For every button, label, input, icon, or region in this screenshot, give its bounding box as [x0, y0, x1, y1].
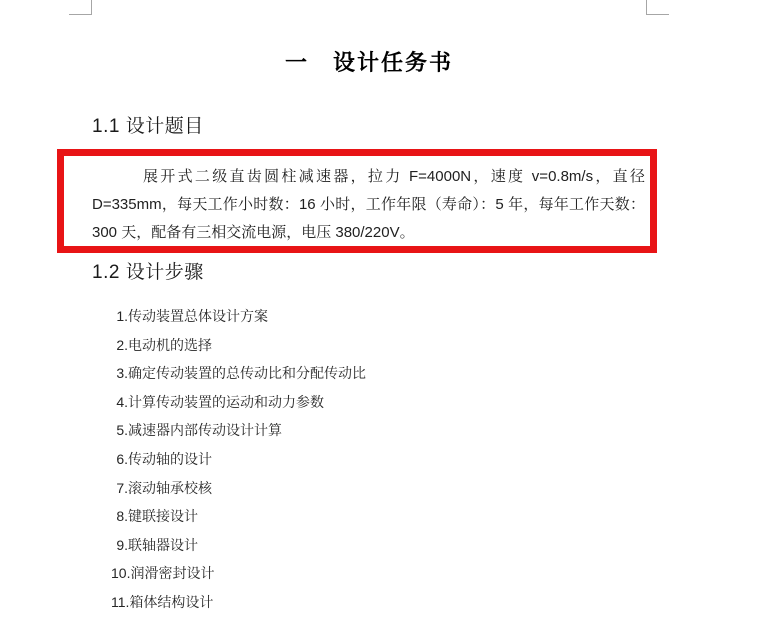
step-text: 联轴器设计 [128, 537, 198, 553]
step-item-6: 6.传动轴的设计 [111, 445, 611, 474]
margin-corner-mark-top-left [69, 0, 92, 15]
step-text: 减速器内部传动设计计算 [128, 422, 282, 438]
step-text: 计算传动装置的运动和动力参数 [128, 394, 324, 410]
step-item-7: 7.滚动轴承校核 [111, 474, 611, 503]
design-topic-paragraph: 展开式二级直齿圆柱减速器，拉力 F=4000N，速度 v=0.8m/s，直径 D… [92, 163, 645, 247]
step-item-5: 5.减速器内部传动设计计算 [111, 416, 611, 445]
step-text: 滚动轴承校核 [128, 480, 212, 496]
step-number: 10. [111, 559, 130, 588]
step-text: 电动机的选择 [128, 337, 212, 353]
step-text: 传动轴的设计 [128, 451, 212, 467]
step-item-9: 9.联轴器设计 [111, 531, 611, 560]
section-heading-design-topic: 1.1 设计题目 [92, 111, 204, 138]
step-number: 8. [111, 502, 128, 531]
step-text: 传动装置总体设计方案 [128, 308, 268, 324]
design-steps-list: 1.传动装置总体设计方案 2.电动机的选择 3.确定传动装置的总传动比和分配传动… [111, 302, 611, 617]
step-text: 润滑密封设计 [130, 565, 214, 581]
step-item-10: 10.润滑密封设计 [111, 559, 611, 588]
margin-corner-mark-top-right [646, 0, 669, 15]
step-number: 2. [111, 331, 128, 360]
step-item-8: 8.键联接设计 [111, 502, 611, 531]
step-item-11: 11.箱体结构设计 [111, 588, 611, 617]
step-text: 确定传动装置的总传动比和分配传动比 [128, 365, 366, 381]
step-text: 箱体结构设计 [129, 594, 213, 610]
document-page: 一 设计任务书 1.1 设计题目 展开式二级直齿圆柱减速器，拉力 F=4000N… [0, 0, 766, 629]
step-number: 9. [111, 531, 128, 560]
step-text: 键联接设计 [128, 508, 198, 524]
section-heading-design-steps: 1.2 设计步骤 [92, 257, 204, 284]
step-number: 5. [111, 416, 128, 445]
step-item-3: 3.确定传动装置的总传动比和分配传动比 [111, 359, 611, 388]
step-item-4: 4.计算传动装置的运动和动力参数 [111, 388, 611, 417]
step-number: 7. [111, 474, 128, 503]
step-number: 3. [111, 359, 128, 388]
red-highlight-box: 展开式二级直齿圆柱减速器，拉力 F=4000N，速度 v=0.8m/s，直径 D… [57, 149, 657, 253]
step-number: 11. [111, 588, 129, 617]
step-item-1: 1.传动装置总体设计方案 [111, 302, 611, 331]
step-number: 1. [111, 302, 128, 331]
step-number: 4. [111, 388, 128, 417]
document-title: 一 设计任务书 [92, 46, 646, 77]
step-item-2: 2.电动机的选择 [111, 331, 611, 360]
step-number: 6. [111, 445, 128, 474]
